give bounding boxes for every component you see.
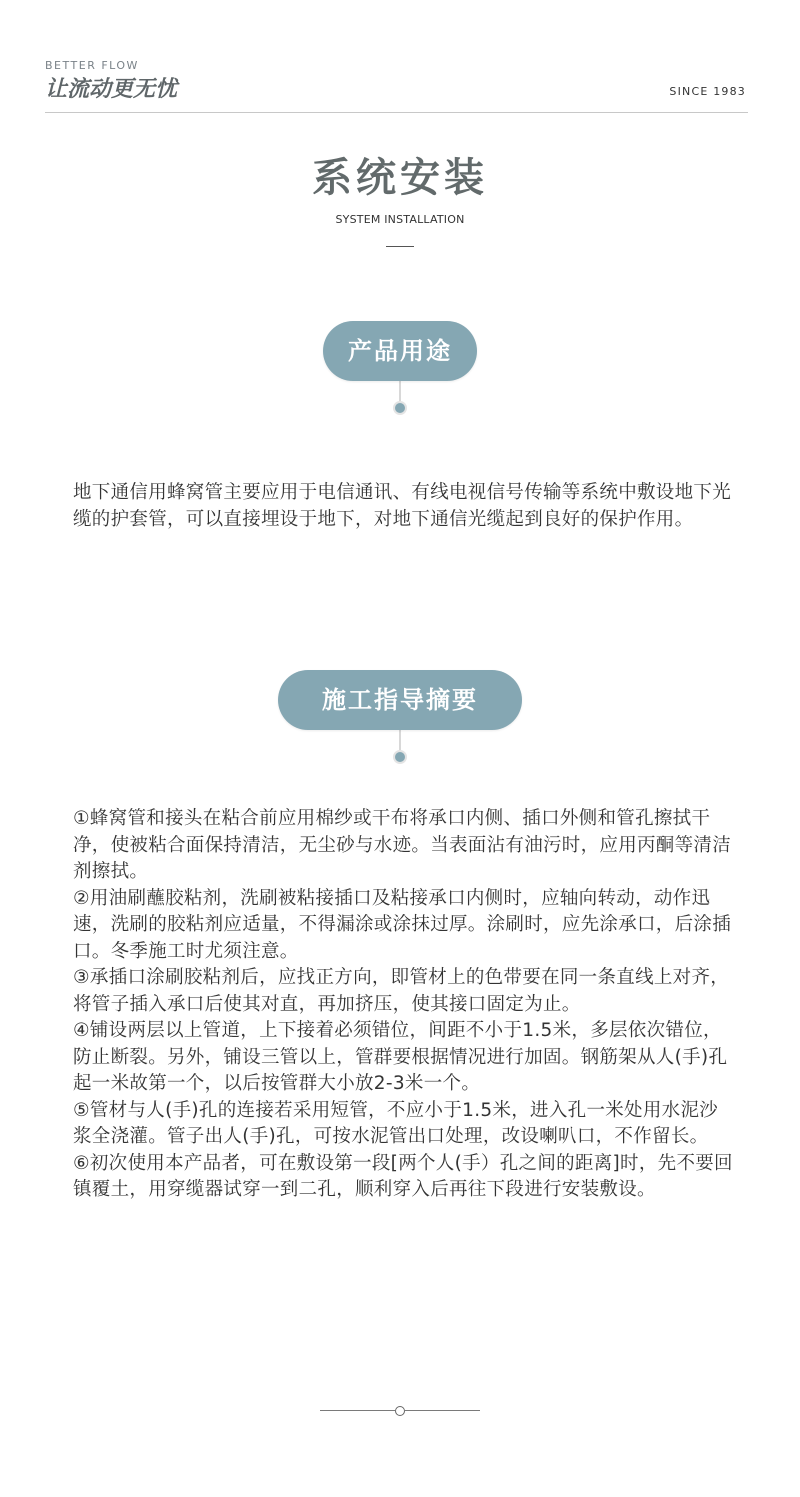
title-divider [386,246,414,247]
section-heading-pill: 施工指导摘要 [278,670,522,730]
connector-line [399,730,401,750]
brand-slogan-cn: 让流动更无忧 [45,72,177,103]
usage-description: 地下通信用蜂窝管主要应用于电信通讯、有线电视信号传输等系统中敷设地下光缆的护套管… [73,480,733,533]
connector-dot-icon [393,750,407,764]
page-title: 系统安装 [0,152,800,204]
construction-guide: ①蜂窝管和接头在粘合前应用棉纱或干布将承口内侧、插口外侧和管孔擦拭干净，使被粘合… [73,806,733,1204]
connector-line [399,381,401,401]
guide-item: ④铺设两层以上管道，上下接着必须错位，间距不小于1.5米，多层依次错位，防止断裂… [73,1018,733,1098]
divider-line-right [405,1410,480,1411]
since-label: SINCE 1983 [669,85,746,98]
guide-item: ③承插口涂刷胶粘剂后，应找正方向，即管材上的色带要在同一条直线上对齐，将管子插入… [73,965,733,1018]
connector-dot-icon [393,401,407,415]
guide-item: ②用油刷蘸胶粘剂，洗刷被粘接插口及粘接承口内侧时，应轴向转动，动作迅速，洗刷的胶… [73,886,733,966]
page-subtitle: SYSTEM INSTALLATION [0,213,800,226]
section-heading-construction: 施工指导摘要 [0,670,800,764]
guide-item: ⑤管材与人(手)孔的连接若采用短管，不应小于1.5米，进入孔一米处用水泥沙浆全浇… [73,1098,733,1151]
page-title-block: 系统安装 SYSTEM INSTALLATION [0,152,800,247]
divider-circle-icon [395,1406,405,1416]
guide-item: ⑥初次使用本产品者，可在敷设第一段[两个人(手）孔之间的距离]时，先不要回镇覆土… [73,1151,733,1204]
section-heading-pill: 产品用途 [323,321,477,381]
page-header: BETTER FLOW 让流动更无忧 SINCE 1983 [45,56,748,113]
paragraph: 地下通信用蜂窝管主要应用于电信通讯、有线电视信号传输等系统中敷设地下光缆的护套管… [73,480,733,533]
footer-divider [320,1405,480,1417]
divider-line-left [320,1410,395,1411]
guide-item: ①蜂窝管和接头在粘合前应用棉纱或干布将承口内侧、插口外侧和管孔擦拭干净，使被粘合… [73,806,733,886]
brand-tagline-en: BETTER FLOW [45,59,139,72]
section-heading-usage: 产品用途 [0,321,800,415]
